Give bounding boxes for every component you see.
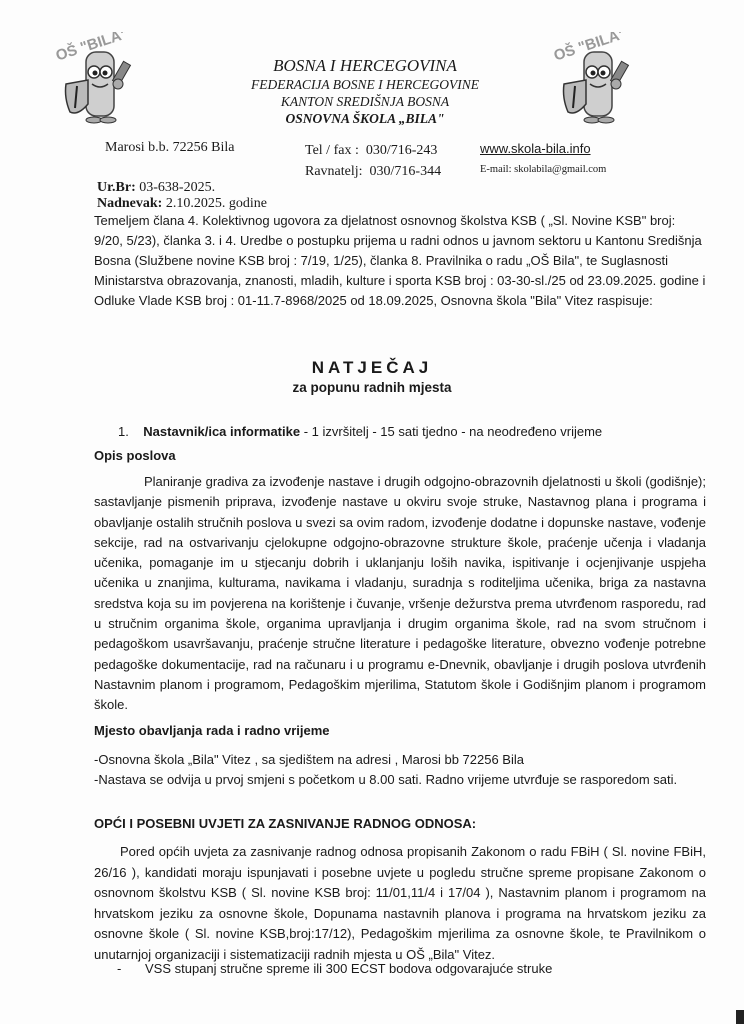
workplace-heading: Mjesto obavljanja rada i radno vrijeme [94, 723, 330, 738]
workplace-line-schedule: -Nastava se odvija u prvoj smjeni s poče… [94, 770, 706, 790]
intro-paragraph: Temeljem člana 4. Kolektivnog ugovora za… [94, 211, 706, 311]
canton-name: KANTON SREDIŠNJA BOSNA [200, 93, 530, 110]
job-position: 1. Nastavnik/ica informatike - 1 izvršit… [118, 424, 602, 439]
urbr-label: Ur.Br: [97, 180, 136, 195]
country-name: BOSNA I HERCEGOVINA [200, 56, 530, 76]
workplace-line-address: -Osnovna škola „Bila" Vitez , sa sjedišt… [94, 750, 706, 770]
director-value: 030/716-344 [370, 164, 442, 179]
condition-text: VSS stupanj stručne spreme ili 300 ECST … [145, 961, 552, 976]
job-details: - 1 izvršitelj - 15 sati tjedno - na neo… [300, 424, 602, 439]
condition-bullet: -VSS stupanj stručne spreme ili 300 ECST… [117, 961, 552, 976]
tel-value: 030/716-243 [366, 143, 438, 158]
email-address: E-mail: skolabila@gmail.com [480, 164, 606, 175]
letterhead: BOSNA I HERCEGOVINA FEDERACIJA BOSNE I H… [200, 56, 530, 127]
conditions-heading: OPĆI I POSEBNI UVJETI ZA ZASNIVANJE RADN… [94, 816, 476, 831]
contact-phones: Tel / fax : 030/716-243 Ravnatelj: 030/7… [305, 140, 441, 182]
scan-edge-mark [736, 1010, 744, 1024]
school-address: Marosi b.b. 72256 Bila [105, 140, 235, 156]
tel-label: Tel / fax : [305, 143, 359, 158]
document-references: Ur.Br: 03-638-2025. Nadnevak: 2.10.2025.… [97, 180, 267, 212]
job-title: Nastavnik/ica informatike [143, 424, 300, 439]
school-logo-right-icon: OŠ "BILA" [546, 32, 646, 128]
bullet-dash: - [117, 961, 145, 976]
job-number: 1. [118, 424, 129, 439]
school-logo-left-icon: OŠ "BILA" [48, 32, 148, 128]
date-value: 2.10.2025. godine [166, 196, 267, 211]
workplace-details: -Osnovna škola „Bila" Vitez , sa sjedišt… [94, 750, 706, 790]
website-link[interactable]: www.skola-bila.info [480, 141, 591, 156]
director-label: Ravnatelj: [305, 164, 363, 179]
page-subtitle: za popunu radnih mjesta [0, 380, 744, 395]
page-title: NATJEČAJ [0, 358, 744, 378]
federation-name: FEDERACIJA BOSNE I HERCEGOVINE [200, 76, 530, 93]
description-heading: Opis poslova [94, 448, 176, 463]
document-page: OŠ "BILA" OŠ "BILA" BOSNA I HERCEGOVINA … [0, 0, 744, 1024]
urbr-value: 03-638-2025. [139, 180, 215, 195]
date-label: Nadnevak: [97, 196, 162, 211]
conditions-paragraph: Pored općih uvjeta za zasnivanje radnog … [94, 842, 706, 965]
school-name: OSNOVNA ŠKOLA „BILA" [200, 110, 530, 127]
description-paragraph: Planiranje gradiva za izvođenje nastave … [94, 472, 706, 716]
